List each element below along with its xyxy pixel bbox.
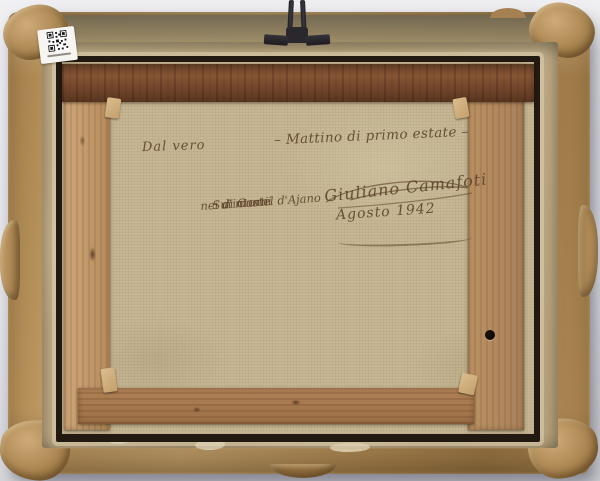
stretcher-bar-hole [485, 330, 495, 340]
stretcher-bar-bottom [78, 388, 474, 424]
hanging-bracket [286, 27, 308, 43]
hanging-bracket-foot-right [306, 34, 331, 46]
hanging-bracket-foot-left [264, 34, 289, 46]
qr-code-icon [46, 30, 68, 52]
stretcher-key-top-left [105, 97, 122, 119]
photo-backdrop: Dal vero – Mattino di primo estate – Giu… [0, 0, 600, 481]
frame-side-ornament-right [578, 205, 598, 297]
stretcher-assembly [62, 62, 534, 434]
inventory-label [37, 26, 78, 64]
inscription-dal-vero: Dal vero [142, 139, 206, 156]
frame-top-edge-bump [490, 8, 526, 18]
frame-bottom-ornament [270, 464, 336, 478]
label-text-line [47, 52, 71, 57]
frame-side-ornament-left [0, 220, 20, 300]
